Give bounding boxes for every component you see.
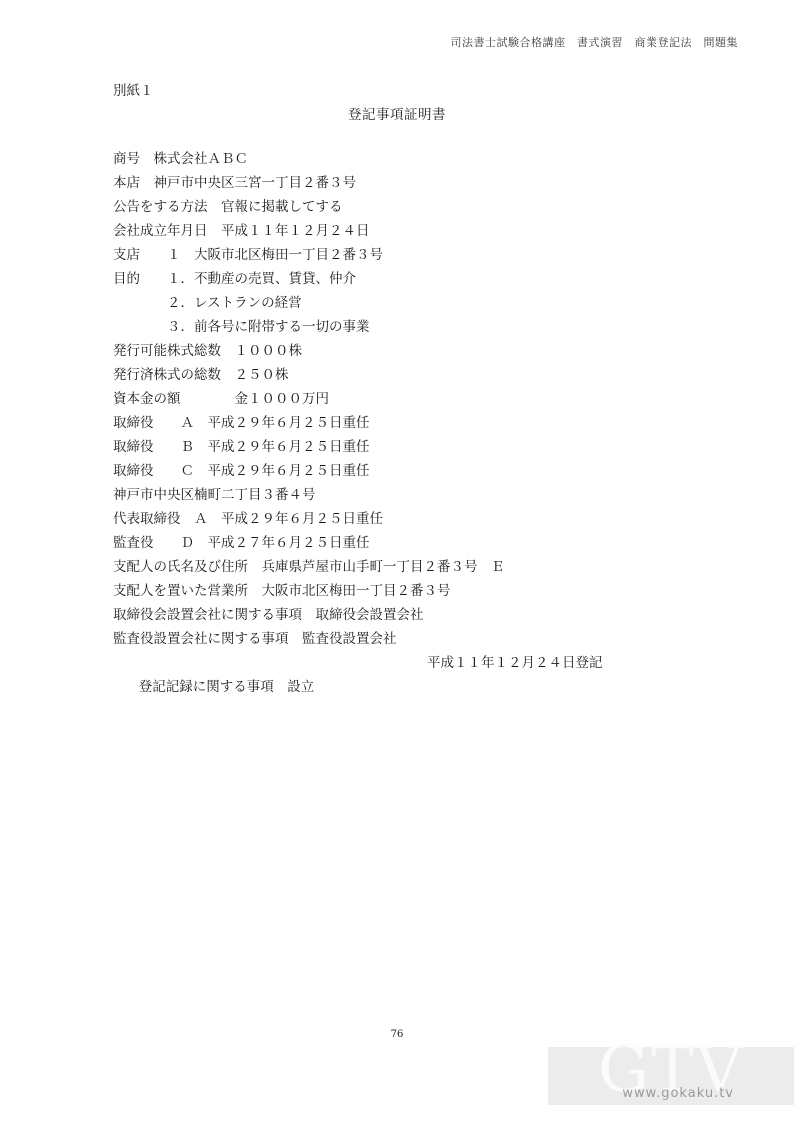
registry-line-public-notice: 公告をする方法 官報に掲載してする [113, 195, 754, 219]
registry-line-branch: 支店 １ 大阪市北区梅田一丁目２番３号 [113, 243, 754, 267]
registry-line-auditor: 監査役 Ｄ 平成２７年６月２５日重任 [113, 531, 754, 555]
registration-date: 平成１１年１２月２４日登記 [427, 651, 603, 675]
registry-line-purpose-2: ２．レストランの経営 [113, 291, 754, 315]
registry-line-trade-name: 商号 株式会社ＡＢＣ [113, 147, 754, 171]
registry-line-purpose-3: ３．前各号に附帯する一切の事業 [113, 315, 754, 339]
registration-matter: 登記記録に関する事項 設立 [139, 679, 315, 695]
document-page: 司法書士試験合格講座 書式演習 商業登記法 問題集 別紙１ 登記事項証明書 商号… [0, 0, 794, 1123]
registry-line-capital: 資本金の額 金１０００万円 [113, 387, 754, 411]
registry-line-rep-director-address: 神戸市中央区楠町二丁目３番４号 [113, 483, 754, 507]
watermark: GTV www.gokaku.tv [548, 1047, 794, 1105]
registry-line-rep-director: 代表取締役 Ａ 平成２９年６月２５日重任 [113, 507, 754, 531]
gokaku-tv-url: www.gokaku.tv [622, 1086, 734, 1101]
registry-line-authorized-shares: 発行可能株式総数 １０００株 [113, 339, 754, 363]
registry-line-head-office: 本店 神戸市中央区三宮一丁目２番３号 [113, 171, 754, 195]
registry-line-purpose-1: 目的 １．不動産の売買、賃貸、仲介 [113, 267, 754, 291]
registry-line-incorporation-date: 会社成立年月日 平成１１年１２月２４日 [113, 219, 754, 243]
registry-line-director-c: 取締役 Ｃ 平成２９年６月２５日重任 [113, 459, 754, 483]
registry-line-issued-shares: 発行済株式の総数 ２５０株 [113, 363, 754, 387]
running-header: 司法書士試験合格講座 書式演習 商業登記法 問題集 [451, 34, 739, 50]
registry-line-manager-name-address: 支配人の氏名及び住所 兵庫県芦屋市山手町一丁目２番３号 Ｅ [113, 555, 754, 579]
registry-body: 商号 株式会社ＡＢＣ 本店 神戸市中央区三宮一丁目２番３号 公告をする方法 官報… [113, 147, 754, 675]
registry-line-auditor-company: 監査役設置会社に関する事項 監査役設置会社 [113, 627, 754, 651]
registry-line-director-a: 取締役 Ａ 平成２９年６月２５日重任 [113, 411, 754, 435]
registry-line-registration-record: 登記記録に関する事項 設立 平成１１年１２月２４日登記 [113, 651, 754, 675]
registry-line-manager-office: 支配人を置いた営業所 大阪市北区梅田一丁目２番３号 [113, 579, 754, 603]
attachment-label: 別紙１ [113, 79, 154, 99]
page-title: 登記事項証明書 [0, 103, 794, 123]
registry-line-director-b: 取締役 Ｂ 平成２９年６月２５日重任 [113, 435, 754, 459]
registry-line-board-company: 取締役会設置会社に関する事項 取締役会設置会社 [113, 603, 754, 627]
